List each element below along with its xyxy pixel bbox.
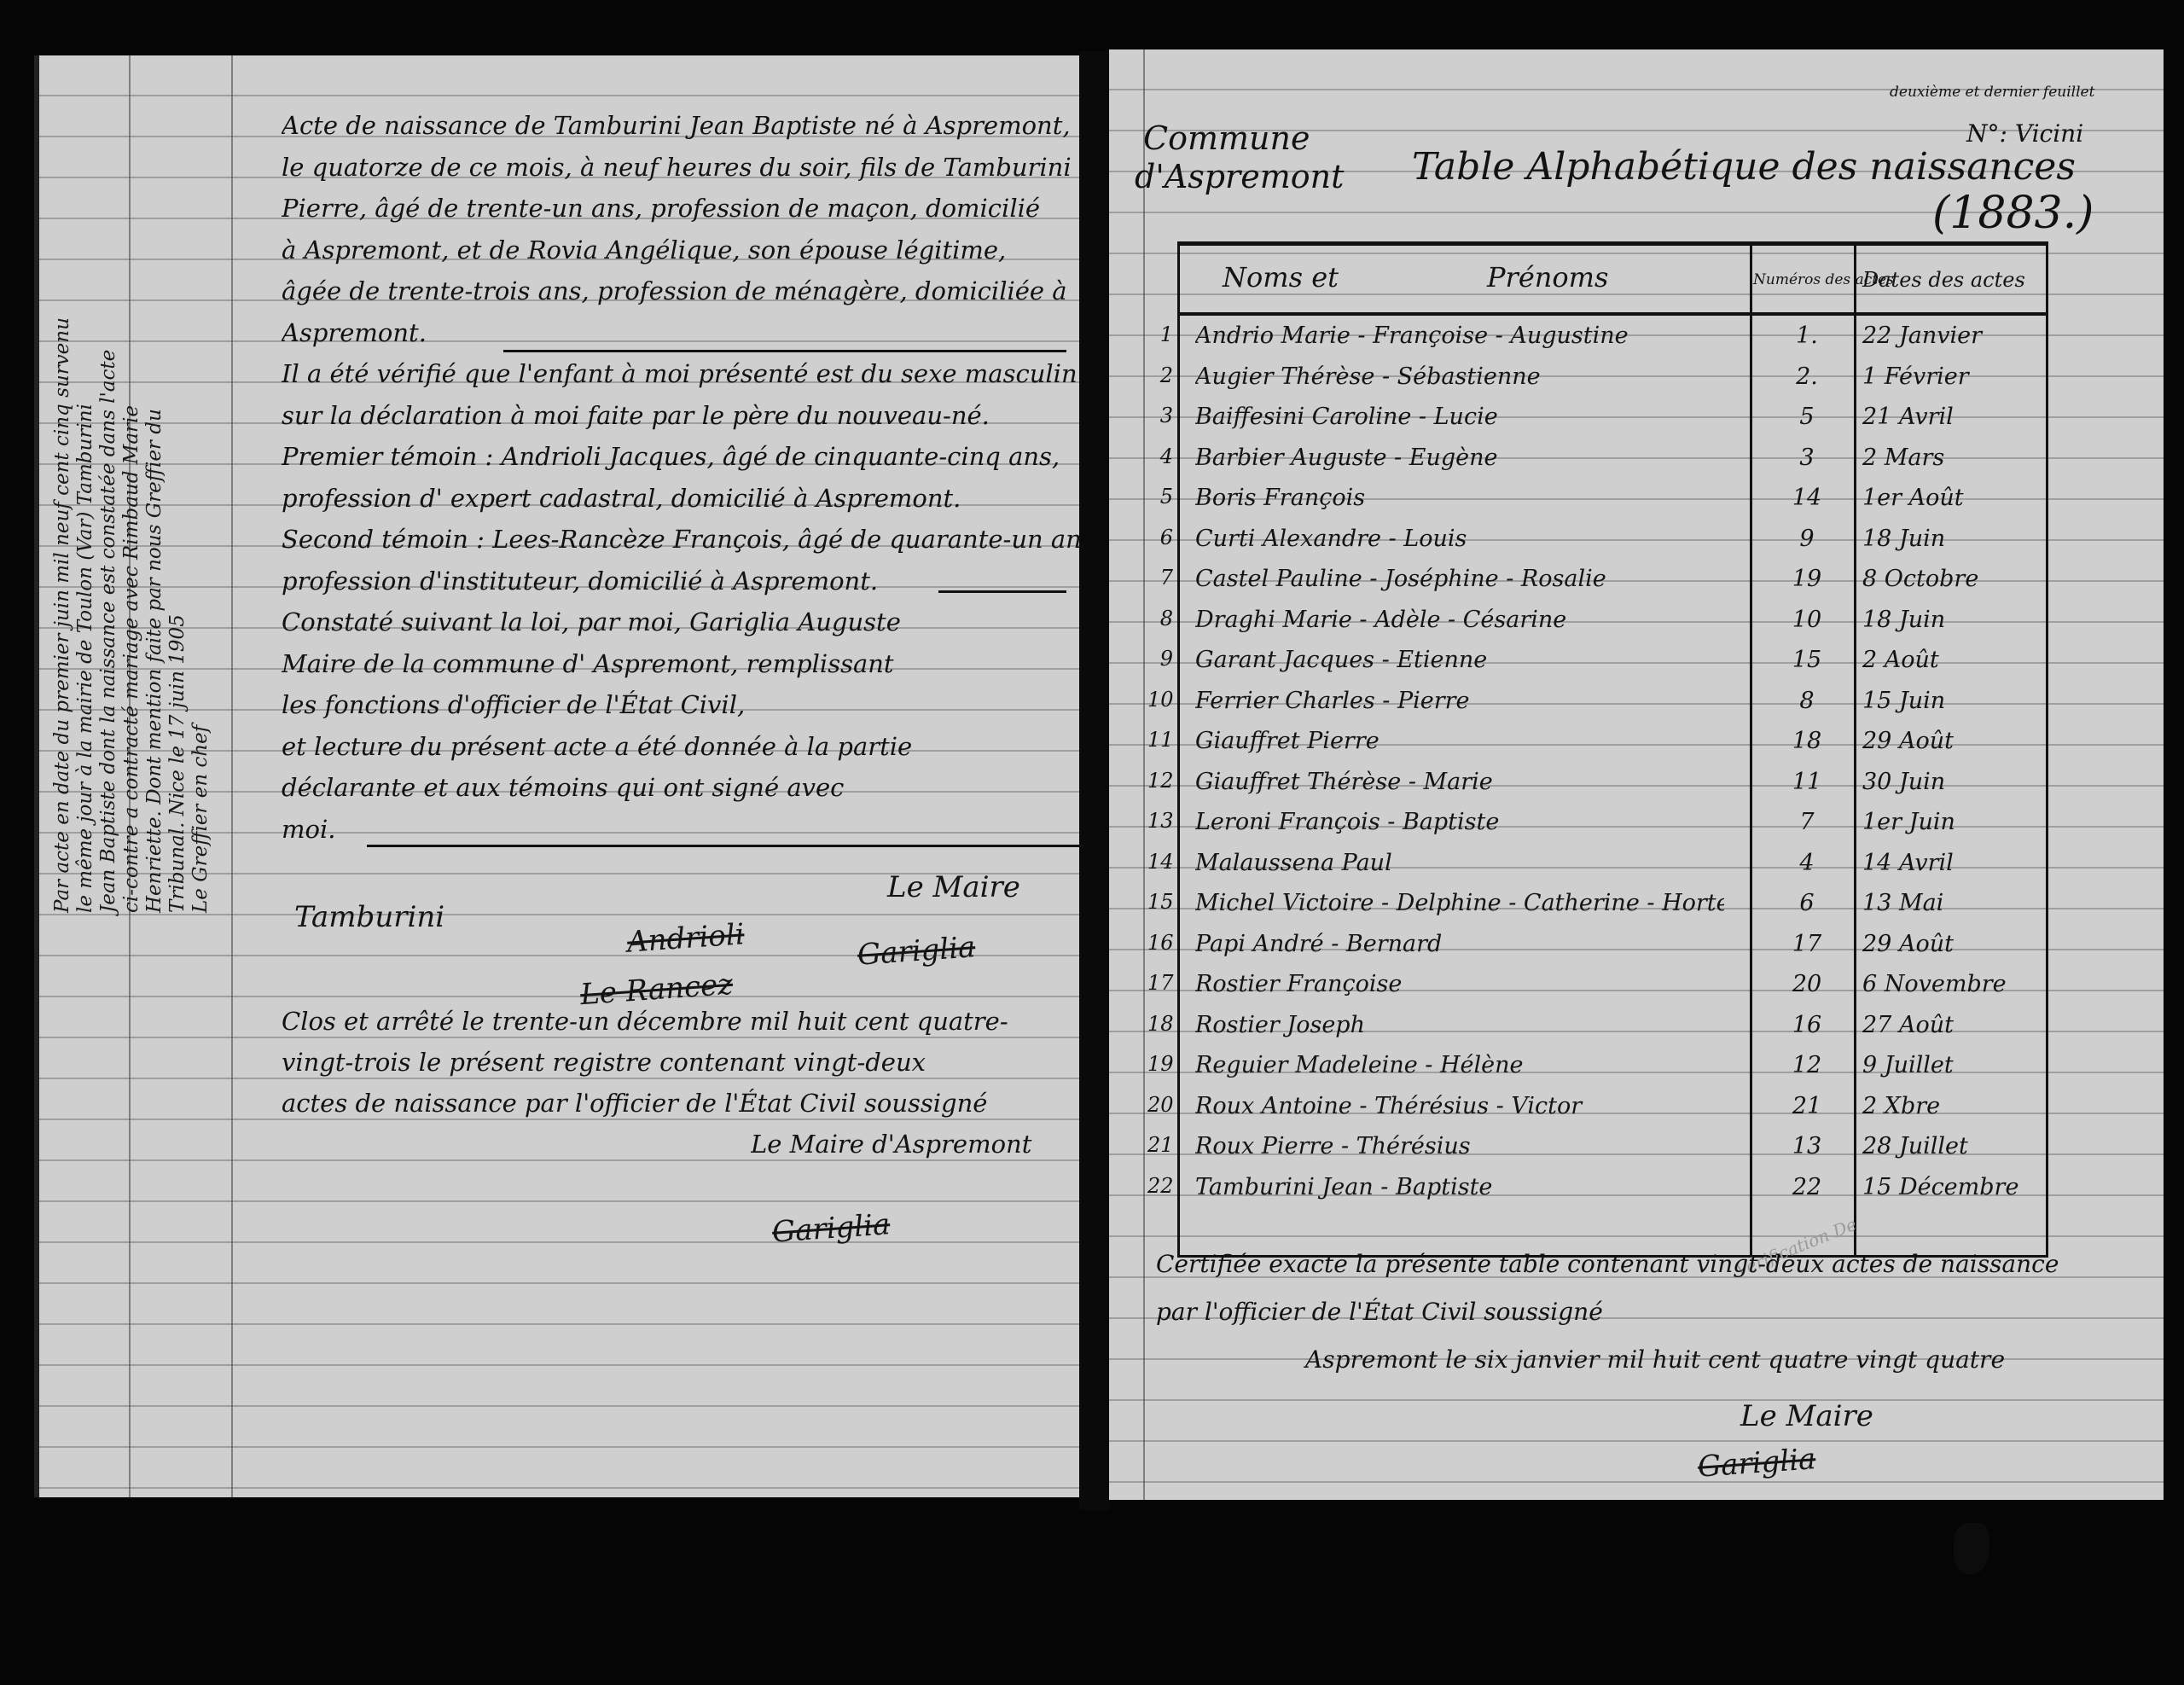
header-act-date: Dates des actes [1862, 268, 2025, 292]
text-line: Aspremont le six janvier mil huit cent q… [1305, 1345, 2005, 1374]
entry-name: Papi André - Bernard [1195, 931, 1724, 957]
annotation-line: Jean Baptiste dont la naissance est cons… [97, 179, 120, 913]
act-number: 18 [1769, 728, 1845, 754]
table-row: 6Curti Alexandre - Louis918 Juin [1180, 526, 2046, 565]
act-date: 13 Mai [1862, 890, 2033, 916]
rule-line [367, 845, 1083, 847]
book-gutter [1079, 51, 1110, 1510]
table-row: 18Rostier Joseph1627 Août [1180, 1012, 2046, 1051]
text-line: profession d' expert cadastral, domicili… [282, 484, 1083, 513]
table-row: 10Ferrier Charles - Pierre815 Juin [1180, 688, 2046, 727]
margin-rule [1143, 49, 1145, 1500]
text-line: Maire de la commune d' Aspremont, rempli… [282, 649, 1083, 678]
act-date: 29 Août [1862, 728, 2033, 754]
act-date: 18 Juin [1862, 526, 2033, 552]
act-date: 15 Décembre [1862, 1174, 2033, 1200]
entry-name: Roux Pierre - Thérésius [1195, 1133, 1724, 1159]
row-number: 19 [1147, 1052, 1173, 1076]
text-line: par l'officier de l'État Civil soussigné [1156, 1298, 1603, 1326]
entry-name: Castel Pauline - Joséphine - Rosalie [1195, 566, 1724, 592]
table-row: 2Augier Thérèse - Sébastienne2.1 Février [1180, 363, 2046, 403]
row-number: 14 [1147, 850, 1173, 874]
table-row: 20Roux Antoine - Thérésius - Victor212 X… [1180, 1093, 2046, 1132]
entry-name: Augier Thérèse - Sébastienne [1195, 363, 1724, 390]
act-date: 1er Août [1862, 485, 2033, 511]
entry-name: Michel Victoire - Delphine - Catherine -… [1195, 890, 1724, 916]
row-number: 20 [1147, 1093, 1173, 1117]
row-number: 22 [1147, 1174, 1173, 1198]
entry-name: Ferrier Charles - Pierre [1195, 688, 1724, 714]
table-row: 17Rostier Françoise206 Novembre [1180, 971, 2046, 1010]
header-noms: Noms et [1223, 261, 1339, 293]
table-row: 19Reguier Madeleine - Hélène129 Juillet [1180, 1052, 2046, 1091]
row-number: 6 [1147, 526, 1173, 549]
text-line: les fonctions d'officier de l'État Civil… [282, 690, 1083, 719]
act-date: 21 Avril [1862, 404, 2033, 430]
text-line: Acte de naissance de Tamburini Jean Bapt… [282, 111, 1083, 140]
entry-name: Leroni François - Baptiste [1195, 809, 1724, 835]
table-header: Noms et Prénoms Numéros des actes Dates … [1180, 246, 2046, 316]
births-index-table: Noms et Prénoms Numéros des actes Dates … [1177, 241, 2048, 1258]
row-number: 1 [1147, 322, 1173, 346]
annotation-line: Par acte en date du premier juin mil neu… [51, 179, 74, 913]
act-date: 1 Février [1862, 363, 2033, 390]
entry-name: Baiffesini Caroline - Lucie [1195, 404, 1724, 430]
act-number: 14 [1769, 485, 1845, 511]
text-line: Il a été vérifié que l'enfant à moi prés… [282, 359, 1083, 388]
act-date: 28 Juillet [1862, 1133, 2033, 1159]
text-line: Clos et arrêté le trente-un décembre mil… [282, 1007, 1083, 1036]
entry-name: Boris François [1195, 485, 1724, 511]
text-line: Pierre, âgé de trente-un ans, profession… [282, 194, 1083, 223]
act-date: 1er Juin [1862, 809, 2033, 835]
table-row: 9Garant Jacques - Etienne152 Août [1180, 647, 2046, 686]
act-number: 4 [1769, 850, 1845, 876]
row-number: 16 [1147, 931, 1173, 955]
text-line: Second témoin : Lees-Rancèze François, â… [282, 525, 1083, 554]
text-line: déclarante et aux témoins qui ont signé … [282, 773, 1083, 802]
act-number: 20 [1769, 971, 1845, 997]
mayor-label: Le Maire [887, 870, 1020, 904]
row-number: 18 [1147, 1012, 1173, 1036]
act-number: 2. [1769, 363, 1845, 390]
act-date: 27 Août [1862, 1012, 2033, 1038]
text-line: Aspremont. [282, 318, 1083, 347]
ink-blot [1954, 1523, 1989, 1574]
entry-name: Andrio Marie - Françoise - Augustine [1195, 322, 1724, 349]
cert-mayor-label: Le Maire [1740, 1399, 1873, 1433]
act-number: 9 [1769, 526, 1845, 552]
text-line: et lecture du présent acte a été donnée … [282, 732, 1083, 761]
row-number: 8 [1147, 607, 1173, 630]
row-number: 11 [1147, 728, 1173, 752]
commune-name: d'Aspremont [1135, 158, 1344, 195]
entry-name: Reguier Madeleine - Hélène [1195, 1052, 1724, 1078]
act-number: 8 [1769, 688, 1845, 714]
register-year: (1883.) [1932, 188, 2094, 239]
act-number: 16 [1769, 1012, 1845, 1038]
row-number: 7 [1147, 566, 1173, 590]
entry-name: Roux Antoine - Thérésius - Victor [1195, 1093, 1724, 1119]
act-date: 2 Août [1862, 647, 2033, 673]
row-number: 12 [1147, 769, 1173, 793]
act-number: 15 [1769, 647, 1845, 673]
row-number: 3 [1147, 404, 1173, 427]
entry-name: Giauffret Pierre [1195, 728, 1724, 754]
row-number: 4 [1147, 444, 1173, 468]
table-row: 13Leroni François - Baptiste71er Juin [1180, 809, 2046, 848]
text-line: à Aspremont, et de Rovia Angélique, son … [282, 235, 1083, 264]
act-number: 22 [1769, 1174, 1845, 1200]
act-date: 29 Août [1862, 931, 2033, 957]
table-row: 15Michel Victoire - Delphine - Catherine… [1180, 890, 2046, 929]
row-number: 10 [1147, 688, 1173, 712]
row-number: 5 [1147, 485, 1173, 508]
act-date: 2 Mars [1862, 444, 2033, 471]
margin-rule [231, 55, 233, 1497]
annotation-line: le même jour à la mairie de Toulon (Var)… [74, 179, 97, 913]
act-date: 14 Avril [1862, 850, 2033, 876]
commune-label: Commune [1143, 119, 1310, 157]
entry-name: Malaussena Paul [1195, 850, 1724, 876]
table-row: 1Andrio Marie - Françoise - Augustine1.2… [1180, 322, 2046, 362]
text-line: sur la déclaration à moi faite par le pè… [282, 401, 1083, 430]
row-number: 9 [1147, 647, 1173, 671]
entry-name: Barbier Auguste - Eugène [1195, 444, 1724, 471]
table-row: 11Giauffret Pierre1829 Août [1180, 728, 2046, 767]
act-number: 6 [1769, 890, 1845, 916]
table-row: 21Roux Pierre - Thérésius1328 Juillet [1180, 1133, 2046, 1172]
act-number: 1. [1769, 322, 1845, 349]
text-line: vingt-trois le présent registre contenan… [282, 1048, 1083, 1077]
act-number: 13 [1769, 1133, 1845, 1159]
annotation-line: ci-contre a contracté mariage avec Rimba… [120, 179, 143, 913]
folio-number: N°: Vicini [1966, 119, 2083, 148]
act-number: 10 [1769, 607, 1845, 633]
annotation-line: Tribunal. Nice le 17 juin 1905 [166, 179, 189, 913]
entry-name: Rostier Françoise [1195, 971, 1724, 997]
act-number: 3 [1769, 444, 1845, 471]
act-date: 22 Janvier [1862, 322, 2033, 349]
annotation-line: Henriette. Dont mention faite par nous G… [143, 179, 166, 913]
act-date: 15 Juin [1862, 688, 2033, 714]
table-row: 5Boris François141er Août [1180, 485, 2046, 524]
act-date: 6 Novembre [1862, 971, 2033, 997]
table-row: 16Papi André - Bernard1729 Août [1180, 931, 2046, 970]
rule-line [503, 350, 1066, 352]
entry-name: Draghi Marie - Adèle - Césarine [1195, 607, 1724, 633]
table-row: 12Giauffret Thérèse - Marie1130 Juin [1180, 769, 2046, 808]
register-title: Table Alphabétique des naissances [1412, 145, 2076, 189]
act-date: 8 Octobre [1862, 566, 2033, 592]
text-line: Certifiée exacte la présente table conte… [1156, 1250, 2059, 1278]
row-number: 13 [1147, 809, 1173, 833]
entry-name: Garant Jacques - Etienne [1195, 647, 1724, 673]
act-date: 9 Juillet [1862, 1052, 2033, 1078]
text-line: moi. [282, 815, 1083, 844]
entry-name: Curti Alexandre - Louis [1195, 526, 1724, 552]
text-line: actes de naissance par l'officier de l'É… [282, 1089, 1083, 1118]
margin-annotation: Par acte en date du premier juin mil neu… [51, 179, 212, 913]
row-number: 17 [1147, 971, 1173, 995]
text-line: le quatorze de ce mois, à neuf heures du… [282, 153, 1083, 182]
table-row: 7Castel Pauline - Joséphine - Rosalie198… [1180, 566, 2046, 605]
table-row: 3Baiffesini Caroline - Lucie521 Avril [1180, 404, 2046, 443]
signature-declarant: Tamburini [294, 900, 444, 934]
text-line: Premier témoin : Andrioli Jacques, âgé d… [282, 442, 1083, 471]
header-prenoms: Prénoms [1487, 261, 1608, 293]
act-date: 18 Juin [1862, 607, 2033, 633]
act-number: 21 [1769, 1093, 1845, 1119]
entry-name: Giauffret Thérèse - Marie [1195, 769, 1724, 795]
entry-name: Tamburini Jean - Baptiste [1195, 1174, 1724, 1200]
row-number: 15 [1147, 890, 1173, 914]
annotation-line: Le Greffier en chef [189, 179, 212, 913]
act-number: 17 [1769, 931, 1845, 957]
corner-note: deuxième et dernier feuillet [1890, 84, 2094, 101]
text-line: âgée de trente-trois ans, profession de … [282, 276, 1083, 305]
entry-name: Rostier Joseph [1195, 1012, 1724, 1038]
table-row: 14Malaussena Paul414 Avril [1180, 850, 2046, 889]
act-number: 19 [1769, 566, 1845, 592]
act-date: 30 Juin [1862, 769, 2033, 795]
table-row: 4Barbier Auguste - Eugène32 Mars [1180, 444, 2046, 484]
act-number: 11 [1769, 769, 1845, 795]
act-number: 12 [1769, 1052, 1845, 1078]
table-row: 8Draghi Marie - Adèle - Césarine1018 Jui… [1180, 607, 2046, 646]
act-date: 2 Xbre [1862, 1093, 2033, 1119]
table-row: 22Tamburini Jean - Baptiste2215 Décembre [1180, 1174, 2046, 1213]
row-number: 21 [1147, 1133, 1173, 1157]
row-number: 2 [1147, 363, 1173, 387]
rule-line [938, 590, 1066, 593]
act-number: 7 [1769, 809, 1845, 835]
text-line: Constaté suivant la loi, par moi, Garigl… [282, 607, 1083, 636]
act-number: 5 [1769, 404, 1845, 430]
